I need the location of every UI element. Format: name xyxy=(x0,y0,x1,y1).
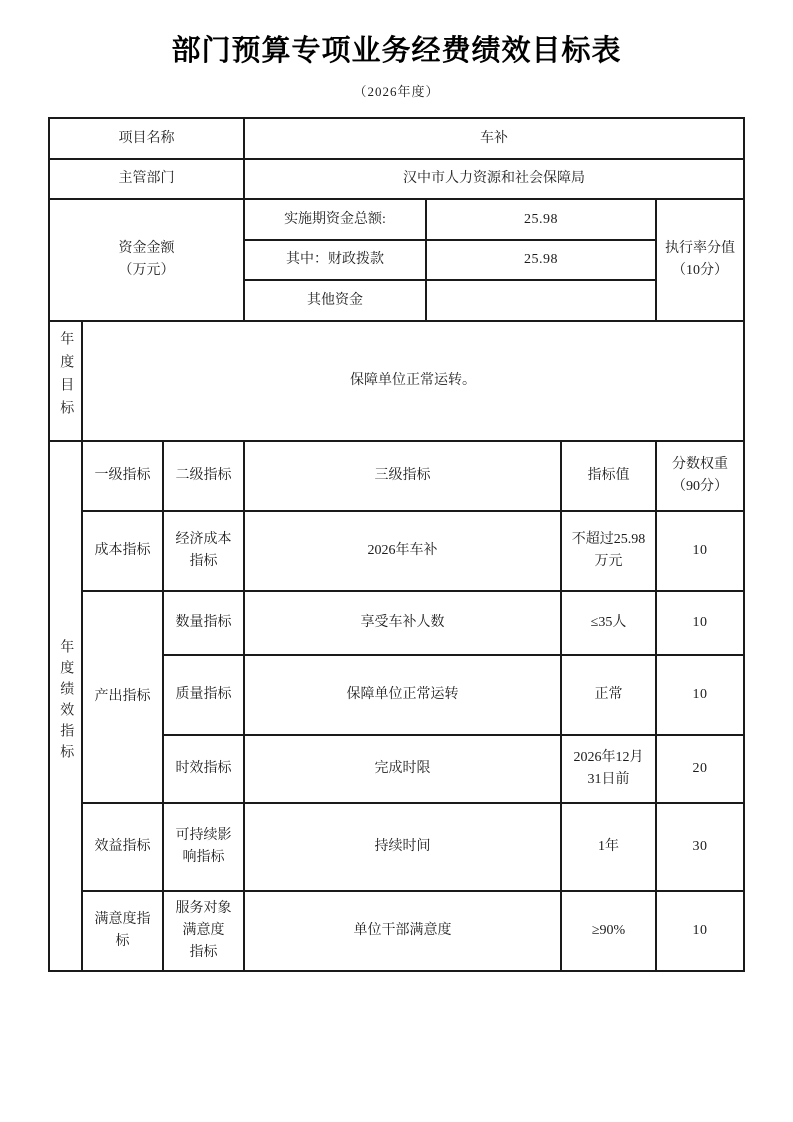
quality-value: 正常 xyxy=(561,655,656,735)
timeliness-weight: 20 xyxy=(656,735,744,803)
project-name-value: 车补 xyxy=(244,118,744,159)
benefit-level3: 持续时间 xyxy=(244,803,561,891)
funding-other-value xyxy=(426,280,656,321)
project-name-label: 项目名称 xyxy=(49,118,244,159)
quality-weight: 10 xyxy=(656,655,744,735)
page-subtitle: （2026年度） xyxy=(0,68,793,100)
funding-total-label: 实施期资金总额: xyxy=(244,199,426,240)
satisfaction-level3: 单位干部满意度 xyxy=(244,891,561,971)
satisfaction-level2: 服务对象 满意度 指标 xyxy=(163,891,244,971)
benefit-level2: 可持续影 响指标 xyxy=(163,803,244,891)
satisfaction-level1: 满意度指 标 xyxy=(82,891,163,971)
performance-side-label-cell: 年度绩效指标 xyxy=(49,441,82,971)
table-row: 成本指标 经济成本 指标 2026年车补 不超过25.98 万元 10 xyxy=(49,511,744,591)
cost-value: 不超过25.98 万元 xyxy=(561,511,656,591)
cost-weight: 10 xyxy=(656,511,744,591)
table-row: 年度绩效指标 一级指标 二级指标 三级指标 指标值 分数权重 （90分） xyxy=(49,441,744,511)
timeliness-value: 2026年12月 31日前 xyxy=(561,735,656,803)
quantity-level2: 数量指标 xyxy=(163,591,244,655)
satisfaction-weight: 10 xyxy=(656,891,744,971)
benefit-value: 1年 xyxy=(561,803,656,891)
funding-fiscal-label: 其中：财政拨款 xyxy=(244,240,426,280)
document-page: 部门预算专项业务经费绩效目标表 （2026年度） 项目名称 车补 主管部门 汉中… xyxy=(0,0,793,1122)
table-row: 产出指标 数量指标 享受车补人数 ≤35人 10 xyxy=(49,591,744,655)
funding-total-value: 25.98 xyxy=(426,199,656,240)
header-value: 指标值 xyxy=(561,441,656,511)
annual-goal-vertical-label: 年度目标 xyxy=(58,331,73,423)
quality-level3: 保障单位正常运转 xyxy=(244,655,561,735)
timeliness-level3: 完成时限 xyxy=(244,735,561,803)
department-value: 汉中市人力资源和社会保障局 xyxy=(244,159,744,199)
department-label: 主管部门 xyxy=(49,159,244,199)
quality-level2: 质量指标 xyxy=(163,655,244,735)
budget-performance-table: 项目名称 车补 主管部门 汉中市人力资源和社会保障局 资金金额 （万元） 实施期… xyxy=(48,117,745,972)
funding-fiscal-value: 25.98 xyxy=(426,240,656,280)
timeliness-level2: 时效指标 xyxy=(163,735,244,803)
performance-vertical-label: 年度绩效指标 xyxy=(58,639,73,765)
funding-amount-label: 资金金额 （万元） xyxy=(49,199,244,321)
cost-level1: 成本指标 xyxy=(82,511,163,591)
table-row: 主管部门 汉中市人力资源和社会保障局 xyxy=(49,159,744,199)
quantity-level3: 享受车补人数 xyxy=(244,591,561,655)
quantity-value: ≤35人 xyxy=(561,591,656,655)
table-row: 资金金额 （万元） 实施期资金总额: 25.98 执行率分值 （10分） xyxy=(49,199,744,240)
header-level1: 一级指标 xyxy=(82,441,163,511)
header-level3: 三级指标 xyxy=(244,441,561,511)
satisfaction-value: ≥90% xyxy=(561,891,656,971)
annual-goal-content: 保障单位正常运转。 xyxy=(82,321,744,441)
funding-other-label: 其他资金 xyxy=(244,280,426,321)
output-level1: 产出指标 xyxy=(82,591,163,803)
execution-rate-label: 执行率分值 （10分） xyxy=(656,199,744,321)
header-level2: 二级指标 xyxy=(163,441,244,511)
cost-level3: 2026年车补 xyxy=(244,511,561,591)
table-row: 项目名称 车补 xyxy=(49,118,744,159)
benefit-level1: 效益指标 xyxy=(82,803,163,891)
annual-goal-label-cell: 年度目标 xyxy=(49,321,82,441)
quantity-weight: 10 xyxy=(656,591,744,655)
page-title: 部门预算专项业务经费绩效目标表 xyxy=(0,0,793,68)
table-row: 满意度指 标 服务对象 满意度 指标 单位干部满意度 ≥90% 10 xyxy=(49,891,744,971)
table-row: 年度目标 保障单位正常运转。 xyxy=(49,321,744,441)
table-row: 效益指标 可持续影 响指标 持续时间 1年 30 xyxy=(49,803,744,891)
benefit-weight: 30 xyxy=(656,803,744,891)
header-weight: 分数权重 （90分） xyxy=(656,441,744,511)
cost-level2: 经济成本 指标 xyxy=(163,511,244,591)
